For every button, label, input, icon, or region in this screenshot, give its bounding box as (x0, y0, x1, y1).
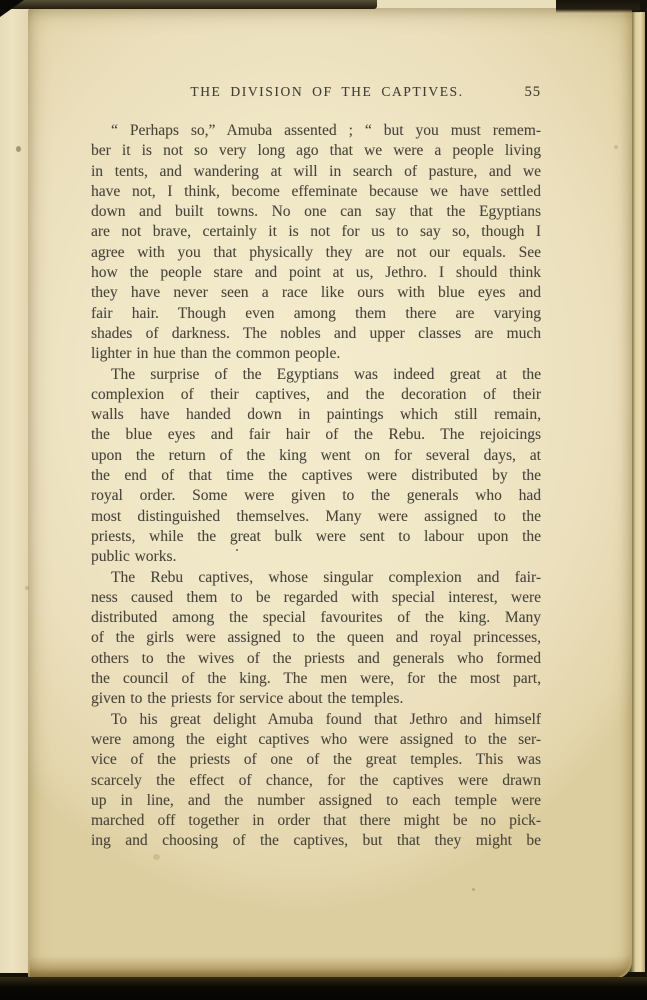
text-line: lighter in hue than the common people. (91, 344, 541, 364)
text-line: of the girls were assigned to the queen … (91, 628, 541, 648)
page-speck (614, 145, 618, 149)
text-line: down and built towns. No one can say tha… (91, 202, 541, 222)
page-speck (472, 888, 475, 891)
text-line: royal order. Some were given to the gene… (91, 486, 541, 506)
text-line: ber it is not so very long ago that we w… (91, 141, 541, 161)
page-bottom-shadow (30, 956, 630, 978)
scanner-corner (0, 0, 24, 17)
text-line: fair hair. Though even among them there … (91, 304, 541, 324)
text-line: walls have handed down in paintings whic… (91, 405, 541, 425)
text-line: distributed among the special favourites… (91, 608, 541, 628)
text-line: the end of that time the captives were d… (91, 466, 541, 486)
text-line: upon the return of the king went on for … (91, 446, 541, 466)
text-line: vice of the priests of one of the great … (91, 750, 541, 770)
text-line: they have never seen a race like ours wi… (91, 283, 541, 303)
ink-fleck (236, 549, 238, 551)
text-line: complexion of their captives, and the de… (91, 385, 541, 405)
paragraph: The surprise of the Egyptians was indeed… (91, 365, 541, 568)
text-line: up in line, and the number assigned to e… (91, 791, 541, 811)
text-line: in tents, and wandering at will in searc… (91, 162, 541, 182)
text-line: how the people stare and point at us, Je… (91, 263, 541, 283)
text-line: have not, I think, become effeminate bec… (91, 182, 541, 202)
text-line: the blue eyes and fair hair of the Rebu.… (91, 425, 541, 445)
text-line: The surprise of the Egyptians was indeed… (91, 365, 541, 385)
body-text: “ Perhaps so,” Amuba assented ; “ but yo… (91, 121, 541, 852)
text-line: given to the priests for service about t… (91, 689, 541, 709)
text-line: ing and choosing of the captives, but th… (91, 831, 541, 851)
text-line: ness caused them to be regarded with spe… (91, 588, 541, 608)
text-line: marched off together in order that there… (91, 811, 541, 831)
text-line: shades of darkness. The nobles and upper… (91, 324, 541, 344)
text-line: the council of the king. The men were, f… (91, 669, 541, 689)
scanner-top-band (5, 0, 377, 9)
page-speck (153, 854, 160, 860)
page-number: 55 (525, 84, 542, 101)
text-line: were among the eight captives who were a… (91, 730, 541, 750)
paragraph: To his great delight Amuba found that Je… (91, 710, 541, 852)
book-scan: THE DIVISION OF THE CAPTIVES. 55 “ Perha… (0, 0, 647, 1000)
text-line: scarcely the effect of chance, for the c… (91, 771, 541, 791)
text-line: To his great delight Amuba found that Je… (91, 710, 541, 730)
scanner-top-right-band (556, 0, 640, 13)
text-line: agree with you that physically they are … (91, 243, 541, 263)
text-line: most distinguished themselves. Many were… (91, 507, 541, 527)
text-line: “ Perhaps so,” Amuba assented ; “ but yo… (91, 121, 541, 141)
page-speck (25, 586, 29, 590)
text-line: are not brave, certainly it is not for u… (91, 222, 541, 242)
running-header: THE DIVISION OF THE CAPTIVES. 55 (91, 84, 541, 104)
text-line: public works. (91, 547, 541, 567)
text-line: others to the wives of the priests and g… (91, 649, 541, 669)
paragraph: “ Perhaps so,” Amuba assented ; “ but yo… (91, 121, 541, 365)
text-line: The Rebu captives, whose singular comple… (91, 568, 541, 588)
chapter-title: THE DIVISION OF THE CAPTIVES. (102, 84, 552, 100)
page-speck (16, 146, 21, 152)
paragraph: The Rebu captives, whose singular comple… (91, 568, 541, 710)
text-line: priests, while the great bulk were sent … (91, 527, 541, 547)
scanner-bottom-band (0, 977, 647, 1000)
